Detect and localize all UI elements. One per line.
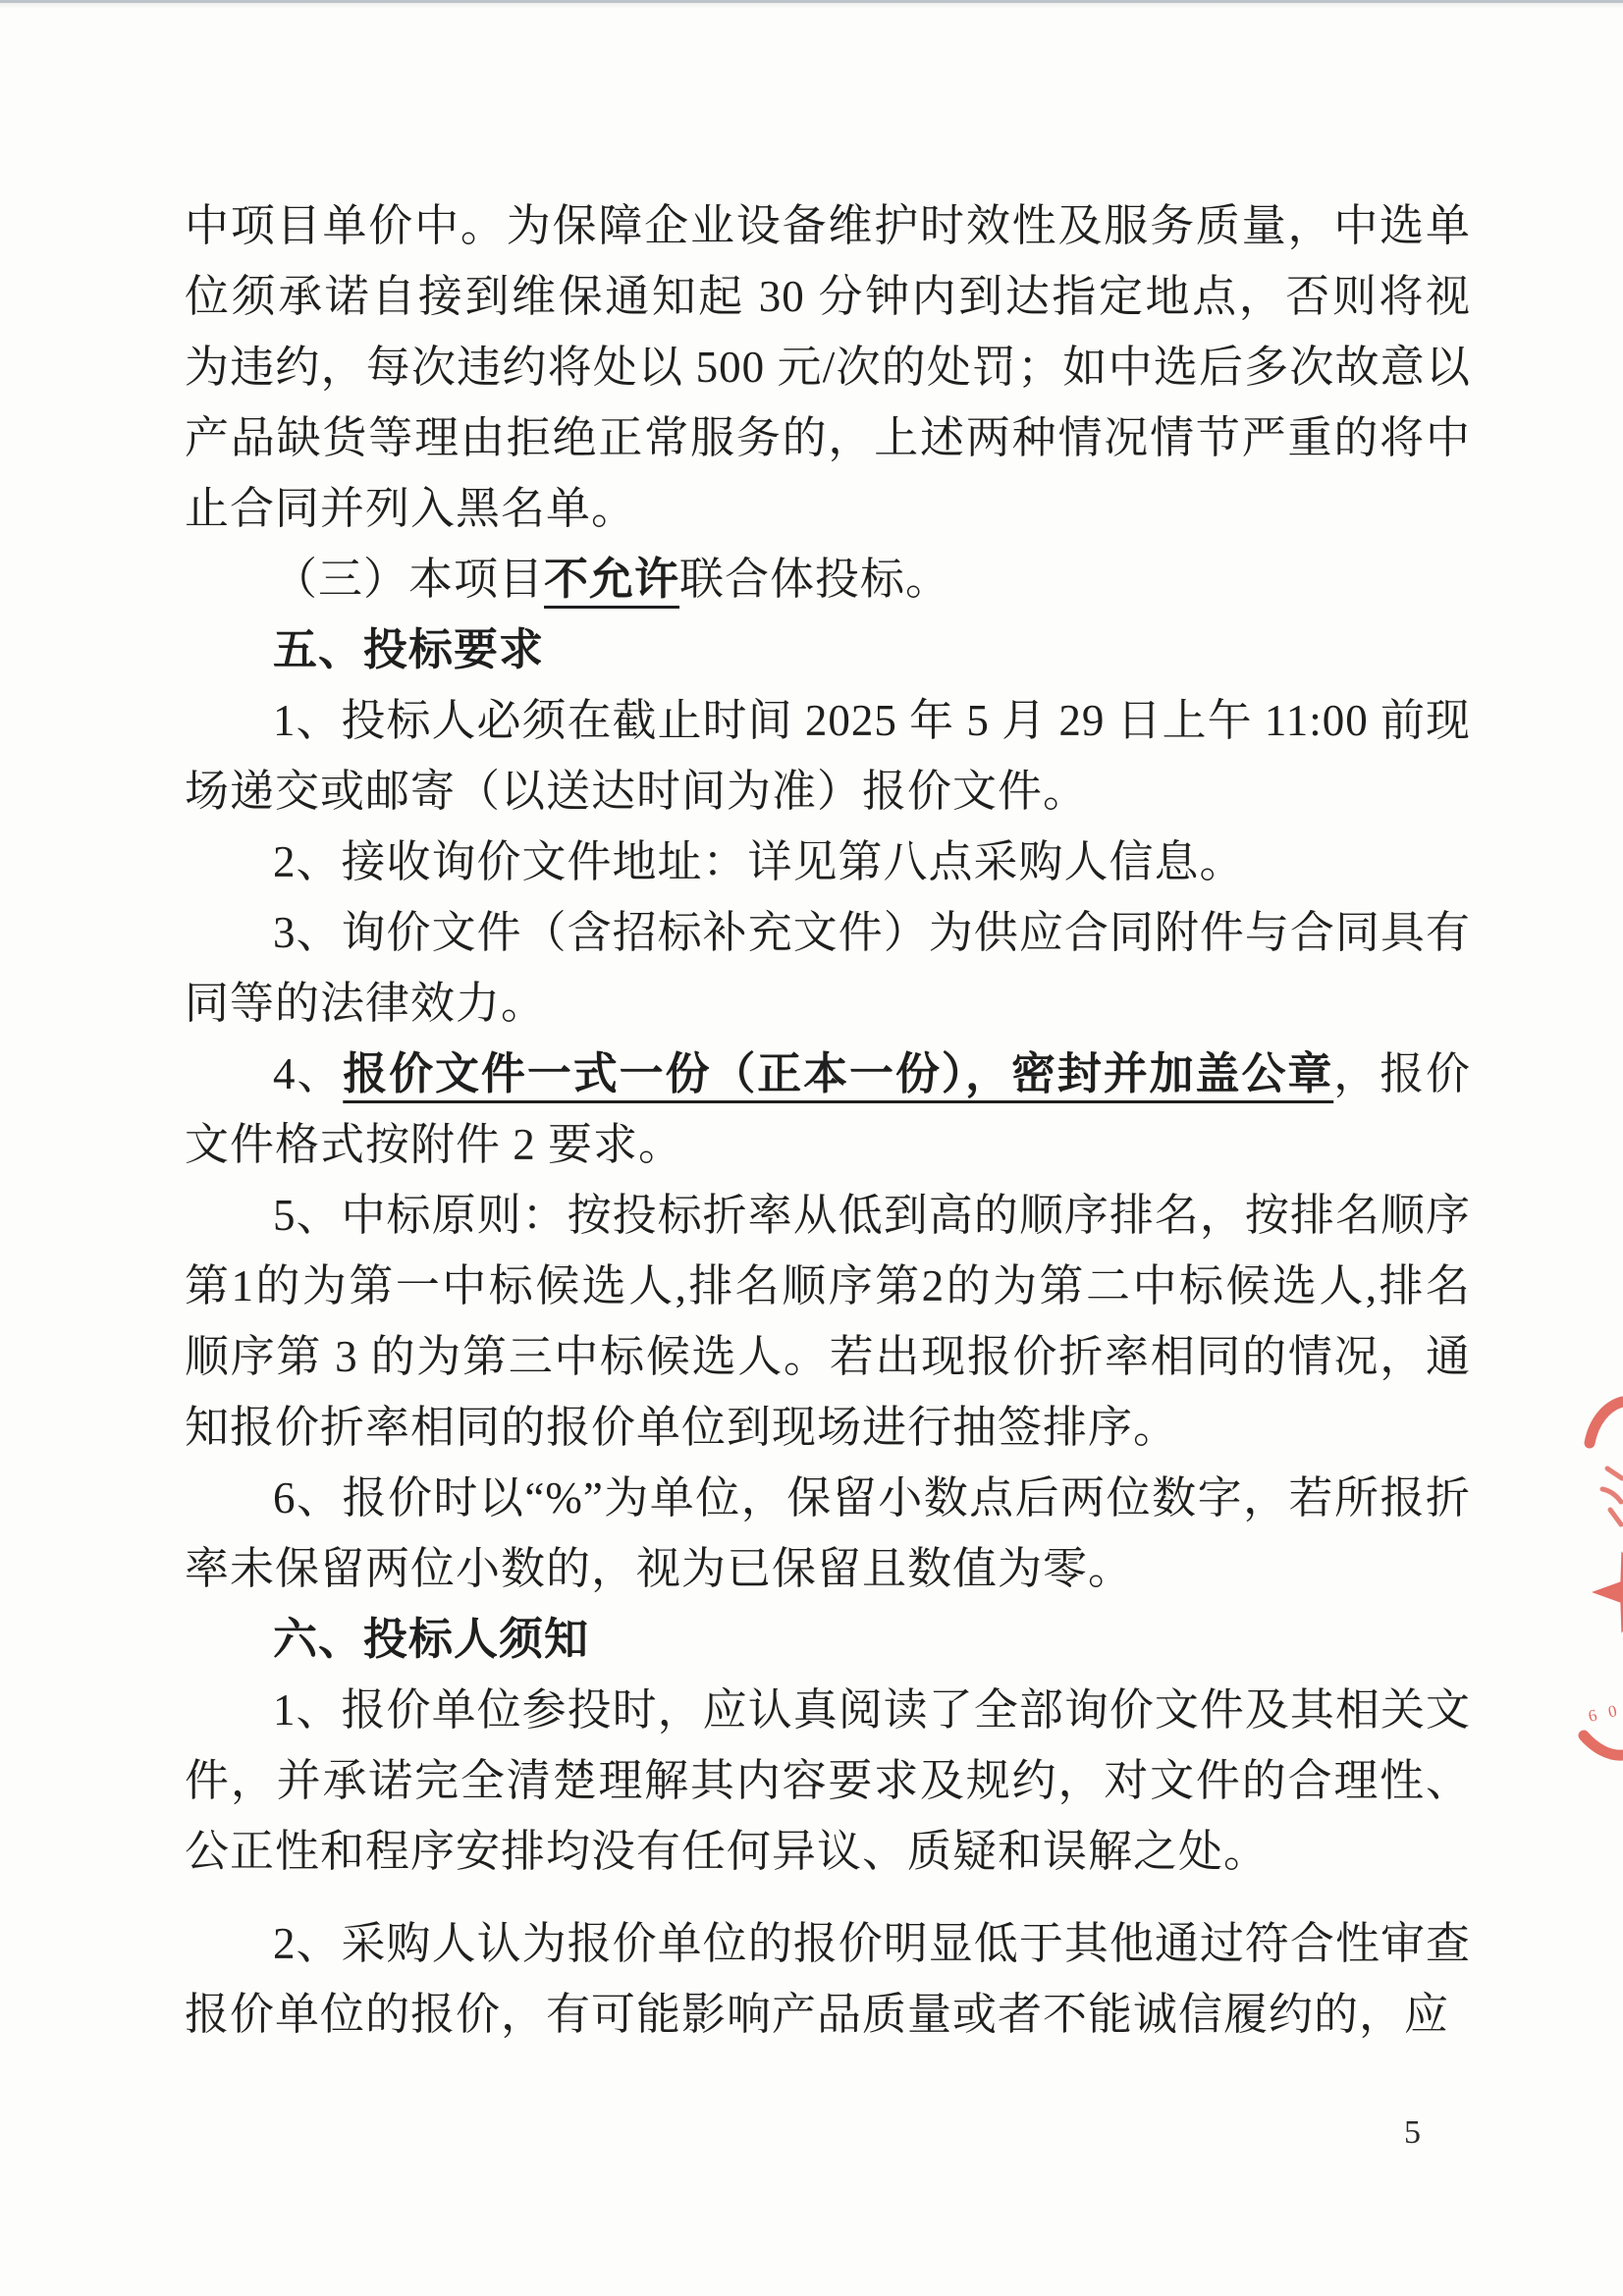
underlined-text-sealed-copy: 报价文件一式一份（正本一份），密封并加盖公章 — [343, 1049, 1333, 1098]
paragraph-requirement-3: 3、询价文件（含招标补充文件）为供应合同附件与合同具有同等的法律效力。 — [185, 897, 1471, 1039]
paragraph-maintenance-penalty: 中项目单价中。为保障企业设备维护时效性及服务质量，中选单位须承诺自接到维保通知起… — [185, 190, 1471, 544]
text-run: 4、 — [273, 1049, 343, 1098]
section-heading-bid-requirements: 五、投标要求 — [185, 614, 1471, 685]
document-body: 中项目单价中。为保障企业设备维护时效性及服务质量，中选单位须承诺自接到维保通知起… — [0, 0, 1623, 2050]
paragraph-notice-2: 2、采购人认为报价单位的报价明显低于其他通过符合性审查报价单位的报价，有可能影响… — [185, 1908, 1471, 2050]
paragraph-requirement-6: 6、报价时以“%”为单位，保留小数点后两位数字，若所报折率未保留两位小数的，视为… — [185, 1463, 1471, 1604]
document-page: 中项目单价中。为保障企业设备维护时效性及服务质量，中选单位须承诺自接到维保通知起… — [0, 0, 1623, 2296]
page-number: 5 — [1404, 2114, 1422, 2152]
paragraph-requirement-1: 1、投标人必须在截止时间 2025 年 5 月 29 日上午 11:00 前现场… — [185, 685, 1471, 827]
text-run: （三）本项目 — [273, 555, 544, 604]
section-heading-bidder-notice: 六、投标人须知 — [185, 1604, 1471, 1675]
text-run: 联合体投标。 — [679, 555, 950, 604]
paragraph-no-consortium: （三）本项目不允许联合体投标。 — [185, 544, 1471, 614]
paragraph-requirement-4: 4、报价文件一式一份（正本一份），密封并加盖公章，报价文件格式按附件 2 要求。 — [185, 1039, 1471, 1180]
underlined-text-not-allowed: 不允许 — [544, 555, 679, 604]
paragraph-notice-1: 1、报价单位参投时，应认真阅读了全部询价文件及其相关文件，并承诺完全清楚理解其内… — [185, 1675, 1471, 1887]
paragraph-requirement-2: 2、接收询价文件地址：详见第八点采购人信息。 — [185, 827, 1471, 897]
paragraph-requirement-5: 5、中标原则：按投标折率从低到高的顺序排名，按排名顺序第1的为第一中标候选人,排… — [185, 1180, 1471, 1463]
